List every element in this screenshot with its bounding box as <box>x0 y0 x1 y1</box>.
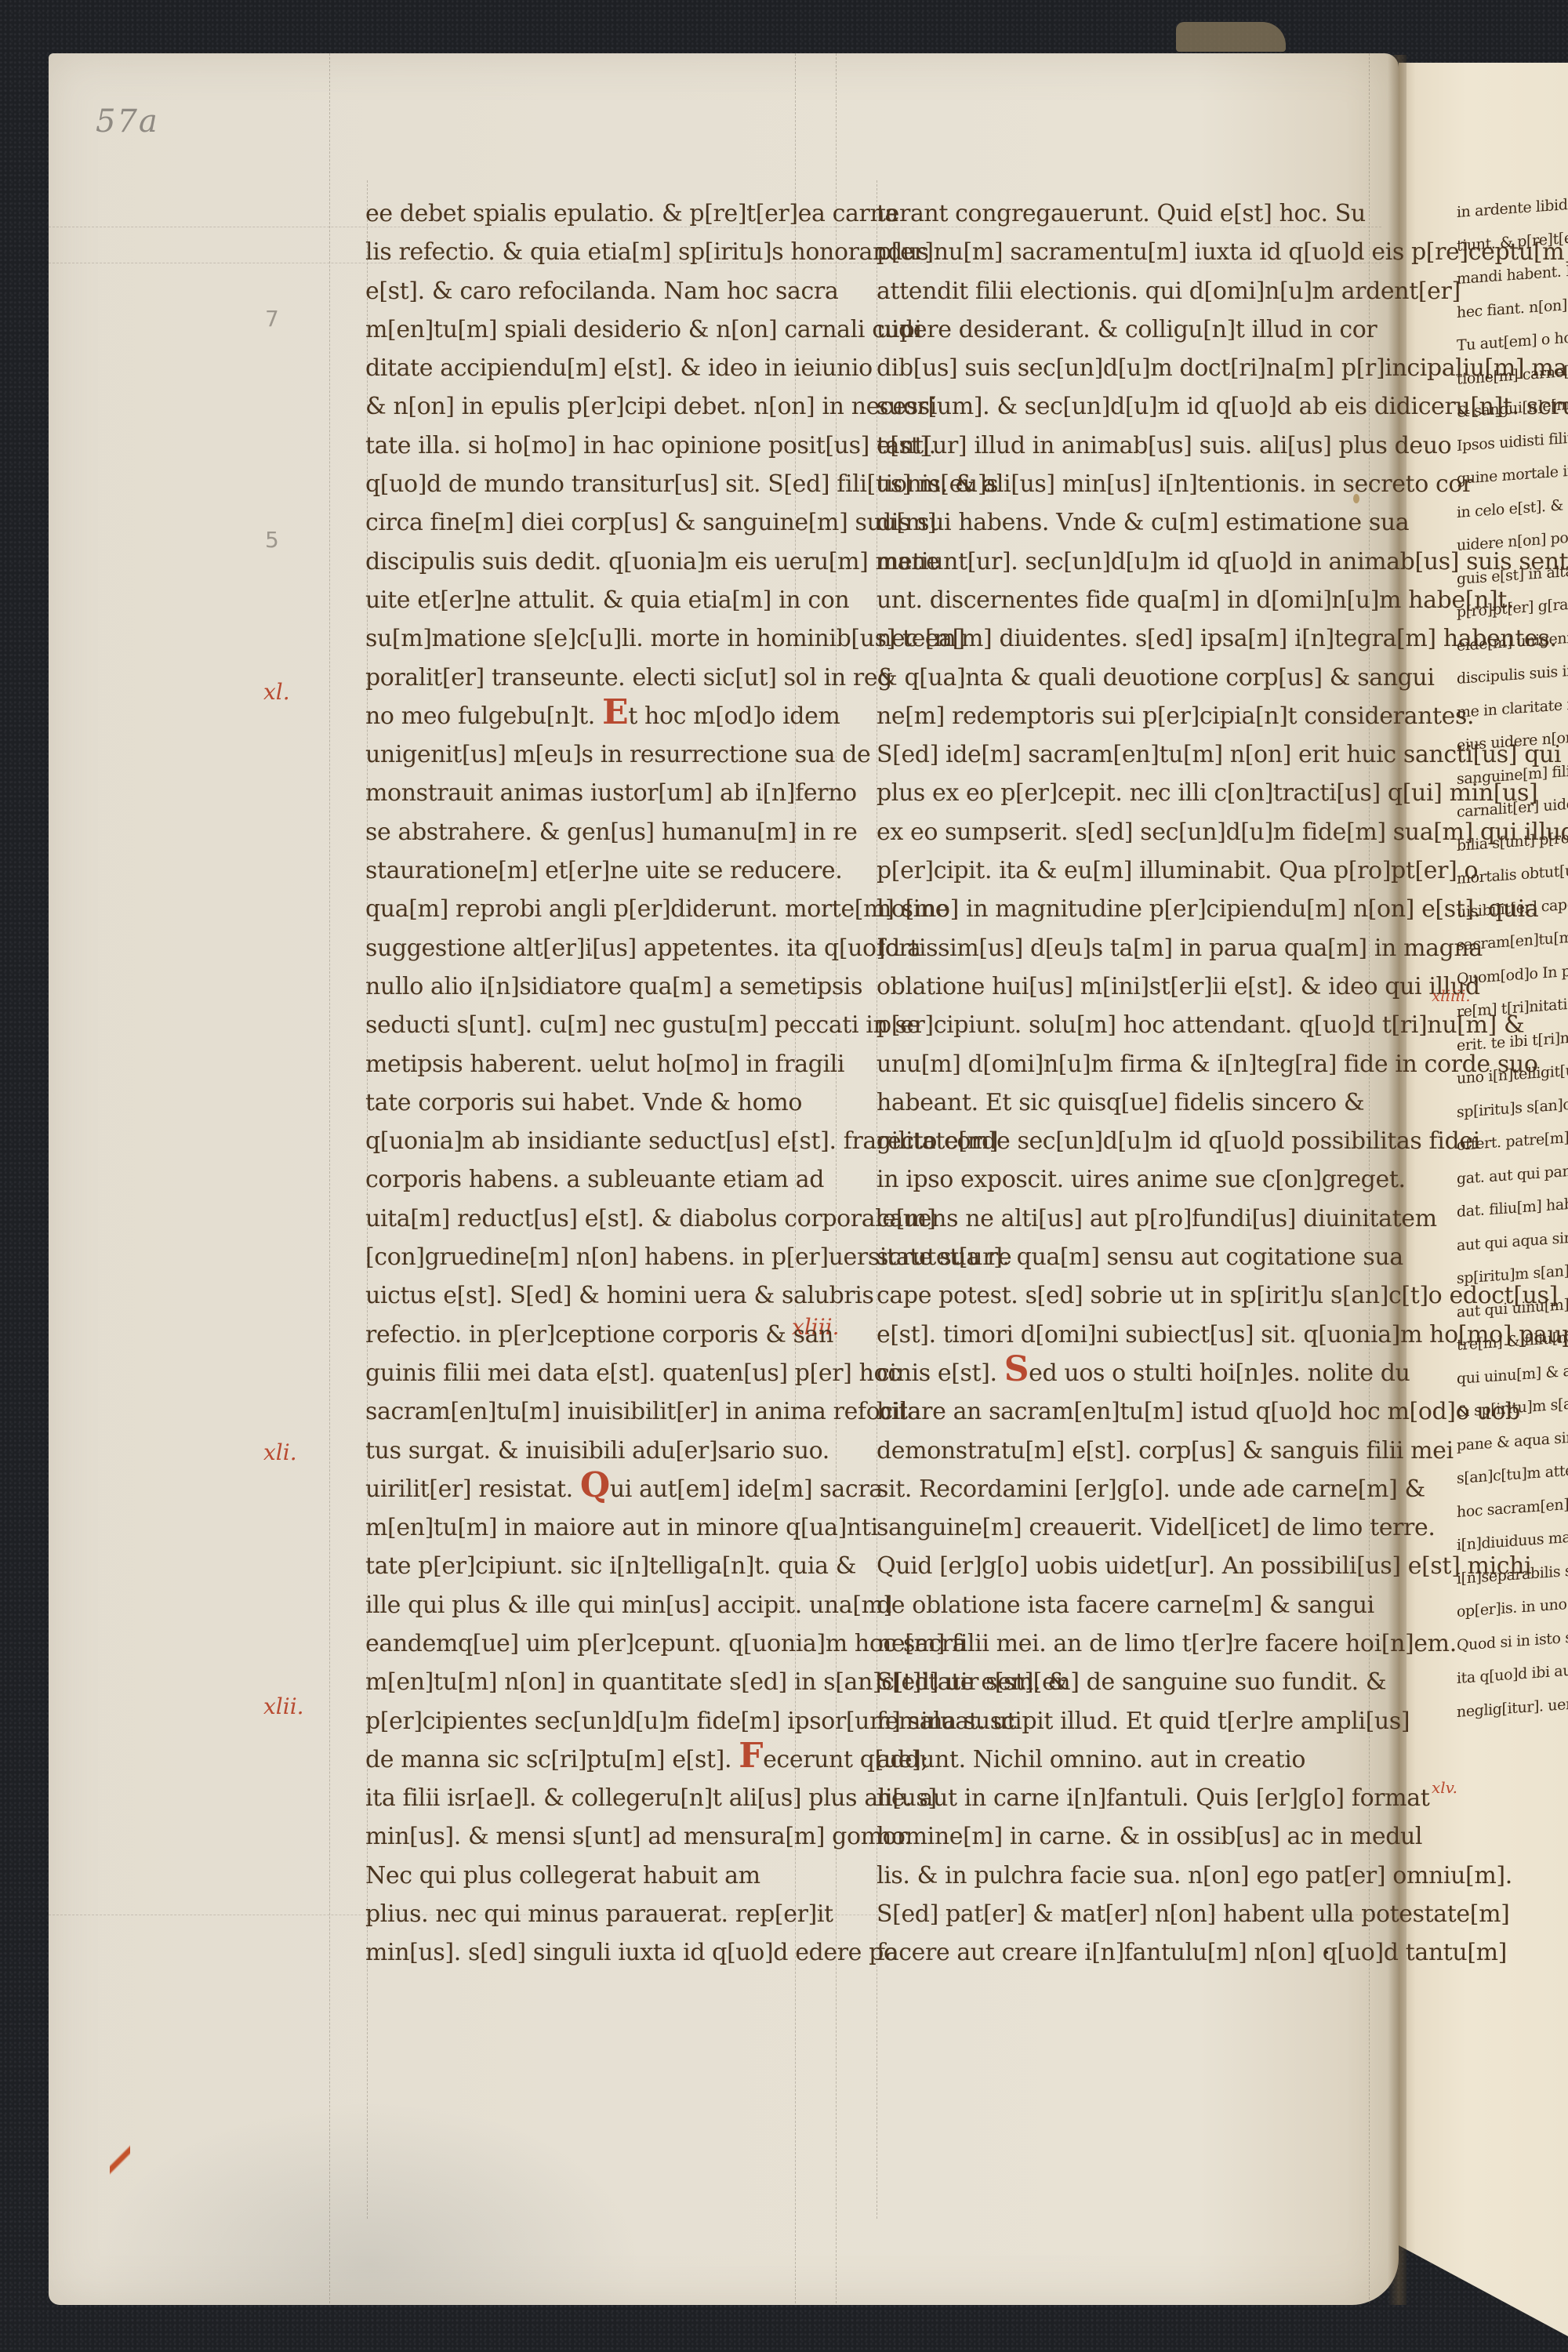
text-line: fortissim[us] d[eu]s ta[m] in parua qua[… <box>877 929 1363 967</box>
text-line: suor[um]. & sec[un]d[u]m id q[uo]d ab ei… <box>877 387 1363 426</box>
text-line: m[en]tu[m] n[on] in quantitate s[ed] in … <box>365 1663 836 1701</box>
text-line: homine[m] in carne. & in ossib[us] ac in… <box>877 1817 1363 1856</box>
text-line: ex eo sumpserit. s[ed] sec[un]d[u]m fide… <box>877 813 1363 851</box>
text-line: unt. discernentes fide qua[m] in d[omi]n… <box>877 581 1363 619</box>
text-line: dib[us] suis sec[un]d[u]m doct[ri]na[m] … <box>877 349 1363 387</box>
text-line: uita[m] reduct[us] e[st]. & diabolus cor… <box>365 1200 836 1238</box>
text-line: unu[m] d[omi]n[u]m firma & i[n]teg[ra] f… <box>877 1045 1363 1083</box>
text-line: ee debet spialis epulatio. & p[re]t[er]e… <box>365 194 836 233</box>
text-segment: t hoc m[od]o idem <box>628 702 840 730</box>
text-line: p[er]nu[m] sacramentu[m] iuxta id q[uo]d… <box>877 233 1363 271</box>
text-line: facere aut creare i[n]fantulu[m] n[on] q… <box>877 1933 1363 1972</box>
pencil-mark: 7 <box>265 306 279 332</box>
pencil-mark: 5 <box>265 527 279 553</box>
text-line: & n[on] in epulis p[er]cipi debet. n[on]… <box>365 387 836 426</box>
text-line: seducti s[unt]. cu[m] nec gustu[m] pecca… <box>365 1006 836 1044</box>
text-line: metipsis haberent. uelut ho[mo] in fragi… <box>365 1045 836 1083</box>
text-line: e[st]. timori d[omi]ni subiect[us] sit. … <box>877 1316 1363 1354</box>
text-line: nec ea[m] diuidentes. s[ed] ipsa[m] i[n]… <box>877 619 1363 658</box>
red-initial: E <box>602 692 628 732</box>
text-line: m[en]tu[m] spiali desiderio & n[on] carn… <box>365 310 836 349</box>
text-line: e[st]. & caro refocilanda. Nam hoc sacra <box>365 272 836 310</box>
text-line: ne. aut in carne i[n]fantuli. Quis [er]g… <box>877 1779 1363 1817</box>
text-segment: ui aut[em] ide[m] sacra <box>610 1475 883 1503</box>
red-ink-fleck <box>110 2144 130 2176</box>
text-line: ditate accipiendu[m] e[st]. & ideo in ie… <box>365 349 836 387</box>
text-line: tus surgat. & inuisibili adu[er]sario su… <box>365 1432 836 1470</box>
parchment-speck <box>1353 494 1359 503</box>
text-line-with-initial: no meo fulgebu[n]t. Et hoc m[od]o idem <box>365 697 836 735</box>
chapter-number-rubric: xlv. <box>1432 1778 1457 1797</box>
text-line: ho[mo] in magnitudine p[er]cipiendu[m] n… <box>877 890 1363 928</box>
text-line: in ipso exposcit. uires anime sue c[on]g… <box>877 1160 1363 1199</box>
text-line: qua[m] reprobi angli p[er]diderunt. mort… <box>365 890 836 928</box>
text-line: discipulis suis dedit. q[uonia]m eis uer… <box>365 543 836 581</box>
text-line: plius. nec qui minus parauerat. rep[er]i… <box>365 1895 836 1933</box>
text-line-with-initial: uirilit[er] resistat. Qui aut[em] ide[m]… <box>365 1470 836 1508</box>
text-line: addunt. Nichil omnino. aut in creatio <box>877 1740 1363 1779</box>
text-line: ne[m] redemptoris sui p[er]cipia[n]t con… <box>877 697 1363 735</box>
text-line: sanguine[m] creauerit. Videl[icet] de li… <box>877 1508 1363 1547</box>
text-line: uite et[er]ne attulit. & quia etia[m] in… <box>365 581 836 619</box>
text-line: uidere desiderant. & colligu[n]t illud i… <box>877 310 1363 349</box>
text-line: [con]gruedine[m] n[on] habens. in p[er]u… <box>365 1238 836 1276</box>
text-line: m[en]tu[m] in maiore aut in minore q[ua]… <box>365 1508 836 1547</box>
text-line: attendit filii electionis. qui d[omi]n[u… <box>877 272 1363 310</box>
text-line: tate corporis sui habet. Vnde & homo <box>365 1083 836 1122</box>
text-line: stauratione[m] et[er]ne uite se reducere… <box>365 851 836 890</box>
text-line: bitare an sacram[en]tu[m] istud q[uo]d h… <box>877 1392 1363 1431</box>
text-line-with-initial: cinis e[st]. Sed uos o stulti hoi[n]es. … <box>877 1354 1363 1392</box>
text-line: plus ex eo p[er]cepit. nec illi c[on]tra… <box>877 774 1363 812</box>
text-segment: uirilit[er] resistat. <box>365 1475 573 1503</box>
red-initial: F <box>739 1736 763 1776</box>
chapter-number-rubric: xl. <box>263 679 290 705</box>
text-line: tate p[er]cipiunt. sic i[n]telliga[n]t. … <box>365 1547 836 1585</box>
text-line: tionis. & ali[us] min[us] i[n]tentionis.… <box>877 465 1363 503</box>
text-line: tate illa. si ho[mo] in hac opinione pos… <box>365 426 836 465</box>
text-line: uictus e[st]. S[ed] & homini uera & salu… <box>365 1276 836 1315</box>
red-initial: S <box>1004 1349 1029 1389</box>
text-line: nullo alio i[n]sidiatore qua[m] a semeti… <box>365 967 836 1006</box>
text-line: p[er]cipientes sec[un]d[u]m fide[m] ipso… <box>365 1702 836 1740</box>
text-line: su[m]matione s[e]c[u]li. morte in homini… <box>365 619 836 658</box>
text-line: S[ed] uir sem[en] de sanguine suo fundit… <box>877 1663 1363 1701</box>
chapter-number-rubric: xlii. <box>263 1693 304 1719</box>
text-segment: ed uos o stulti hoi[n]es. nolite du <box>1029 1359 1410 1387</box>
chapter-number-rubric: xliiii. <box>1432 986 1471 1005</box>
text-line: p[er]cipiunt. solu[m] hoc attendant. q[u… <box>877 1006 1363 1044</box>
text-line: habeant. Et sic quisq[ue] fidelis sincer… <box>877 1083 1363 1122</box>
text-line: cauens ne alti[us] aut p[ro]fundi[us] di… <box>877 1200 1363 1238</box>
text-line: oblatione hui[us] m[ini]st[er]ii e[st]. … <box>877 967 1363 1006</box>
text-line: p[er]cipit. ita & eu[m] illuminabit. Qua… <box>877 851 1363 890</box>
text-line: ita filii isr[ae]l. & collegeru[n]t ali[… <box>365 1779 836 1817</box>
folio-number: 57a <box>96 103 159 140</box>
parchment-speck <box>1325 1951 1328 1954</box>
torn-binding-fragment <box>1176 22 1286 52</box>
text-column-left: ee debet spialis epulatio. & p[re]t[er]e… <box>365 194 836 1973</box>
text-segment: de manna sic sc[ri]ptu[m] e[st]. <box>365 1746 731 1773</box>
text-line: poralit[er] transeunte. electi sic[ut] s… <box>365 659 836 697</box>
text-line: dis sui habens. Vnde & cu[m] estimatione… <box>877 503 1363 542</box>
text-segment: cinis e[st]. <box>877 1359 997 1387</box>
text-line: cape potest. s[ed] sobrie ut in sp[irit]… <box>877 1276 1363 1315</box>
text-line: S[ed] pat[er] & mat[er] n[on] habent ull… <box>877 1895 1363 1933</box>
text-line: circa fine[m] diei corp[us] & sanguine[m… <box>365 503 836 542</box>
text-line: demonstratu[m] e[st]. corp[us] & sanguis… <box>877 1432 1363 1470</box>
text-line: S[ed] ide[m] sacram[en]tu[m] n[on] erit … <box>877 735 1363 774</box>
text-line: unigenit[us] m[eu]s in resurrectione sua… <box>365 735 836 774</box>
text-line: Quid [er]g[o] uobis uidet[ur]. An possib… <box>877 1547 1363 1585</box>
text-line: q[uonia]m ab insidiante seduct[us] e[st]… <box>365 1122 836 1160</box>
text-line: ille qui plus & ille qui min[us] accipit… <box>365 1586 836 1624</box>
text-line: guinis filii mei data e[st]. quaten[us] … <box>365 1354 836 1392</box>
chapter-number-rubric: xli. <box>263 1439 297 1465</box>
text-line: tant[ur] illud in animab[us] suis. ali[u… <box>877 426 1363 465</box>
text-line: eandemq[ue] uim p[er]cepunt. q[uonia]m h… <box>365 1624 836 1663</box>
text-line: q[uo]d de mundo transitur[us] sit. S[ed]… <box>365 465 836 503</box>
text-line: femina suscipit illud. Et quid t[er]re a… <box>877 1702 1363 1740</box>
text-line: scrutet[ur]. qua[m] sensu aut cogitation… <box>877 1238 1363 1276</box>
text-line: lis. & in pulchra facie sua. n[on] ego p… <box>877 1857 1363 1895</box>
text-line: ne[m] filii mei. an de limo t[er]re face… <box>877 1624 1363 1663</box>
text-line: recto corde sec[un]d[u]m id q[uo]d possi… <box>877 1122 1363 1160</box>
text-line: min[us]. s[ed] singuli iuxta id q[uo]d e… <box>365 1933 836 1972</box>
text-line: de oblatione ista facere carne[m] & sang… <box>877 1586 1363 1624</box>
text-line: sit. Recordamini [er]g[o]. unde ade carn… <box>877 1470 1363 1508</box>
text-line: terant congregauerunt. Quid e[st] hoc. S… <box>877 194 1363 233</box>
ruling-line <box>329 53 330 2303</box>
text-line: se abstrahere. & gen[us] humanu[m] in re <box>365 813 836 851</box>
text-line: refectio. in p[er]ceptione corporis & sa… <box>365 1316 836 1354</box>
text-line: & q[ua]nta & quali deuotione corp[us] & … <box>877 659 1363 697</box>
text-line: monstrauit animas iustor[um] ab i[n]fern… <box>365 774 836 812</box>
text-line-with-initial: de manna sic sc[ri]ptu[m] e[st]. Fecerun… <box>365 1740 836 1779</box>
text-line: metiunt[ur]. sec[un]d[u]m id q[uo]d in a… <box>877 543 1363 581</box>
text-segment: no meo fulgebu[n]t. <box>365 702 595 730</box>
text-line: min[us]. & mensi s[unt] ad mensura[m] go… <box>365 1817 836 1856</box>
text-line: corporis habens. a subleuante etiam ad <box>365 1160 836 1199</box>
text-column-right: terant congregauerunt. Quid e[st] hoc. S… <box>877 194 1363 1973</box>
text-line: sacram[en]tu[m] inuisibilit[er] in anima… <box>365 1392 836 1431</box>
text-line: Nec qui plus collegerat habuit am <box>365 1857 836 1895</box>
facing-page-text: in ardente libidin tiunt. & p[re]t[er]ea… <box>1457 188 1568 1729</box>
text-line: lis refectio. & quia etia[m] sp[iritu]s … <box>365 233 836 271</box>
text-line: suggestione alt[er]i[us] appetentes. ita… <box>365 929 836 967</box>
red-initial: Q <box>580 1465 610 1505</box>
